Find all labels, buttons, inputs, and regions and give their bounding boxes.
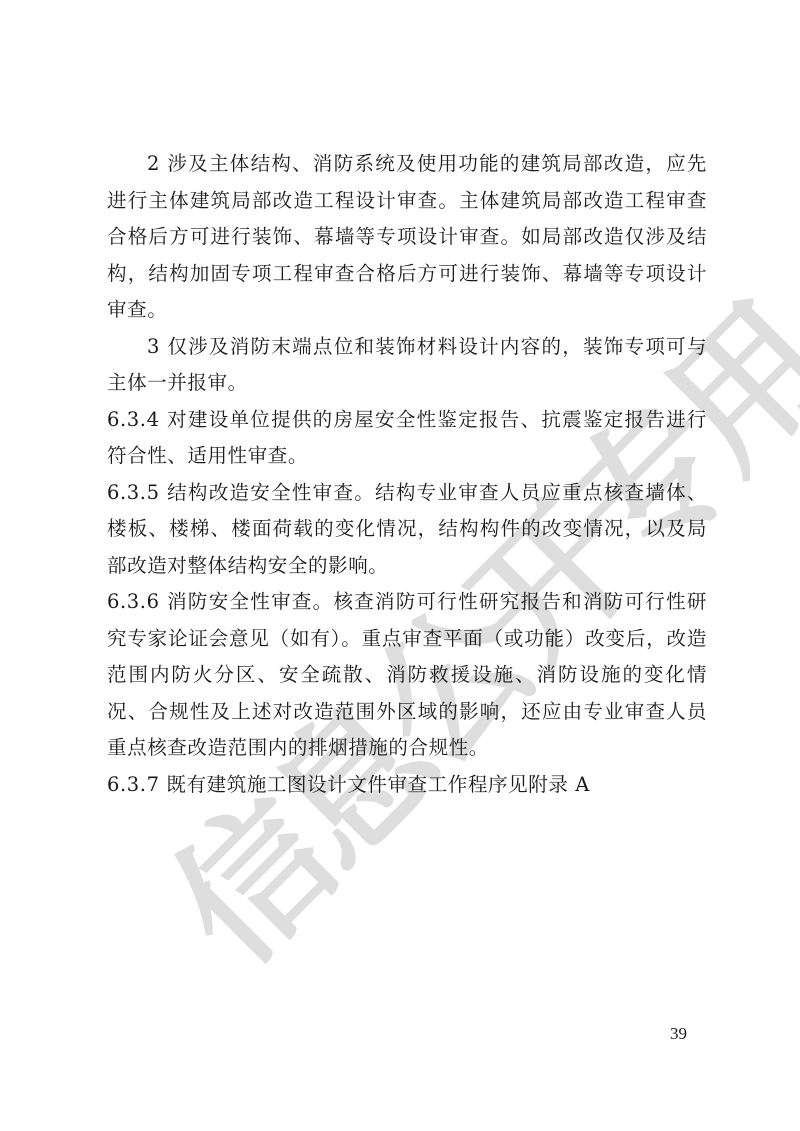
document-page: 信息公开专用 2 涉及主体结构、消防系统及使用功能的建筑局部改造，应先进行主体建… [0, 0, 800, 1131]
page-number: 39 [670, 1024, 687, 1044]
clause-6-3-4: 6.3.4 对建设单位提供的房屋安全性鉴定报告、抗震鉴定报告进行符合性、适用性审… [107, 402, 707, 475]
document-body: 2 涉及主体结构、消防系统及使用功能的建筑局部改造，应先进行主体建筑局部改造工程… [107, 146, 707, 803]
clause-6-3-7: 6.3.7 既有建筑施工图设计文件审查工作程序见附录 A [107, 767, 707, 804]
clause-6-3-5: 6.3.5 结构改造安全性审查。结构专业审查人员应重点核查墙体、楼板、楼梯、楼面… [107, 475, 707, 585]
paragraph-item-3: 3 仅涉及消防末端点位和装饰材料设计内容的，装饰专项可与主体一并报审。 [107, 329, 707, 402]
clause-6-3-6: 6.3.6 消防安全性审查。核查消防可行性研究报告和消防可行性研究专家论证会意见… [107, 584, 707, 767]
paragraph-item-2: 2 涉及主体结构、消防系统及使用功能的建筑局部改造，应先进行主体建筑局部改造工程… [107, 146, 707, 329]
